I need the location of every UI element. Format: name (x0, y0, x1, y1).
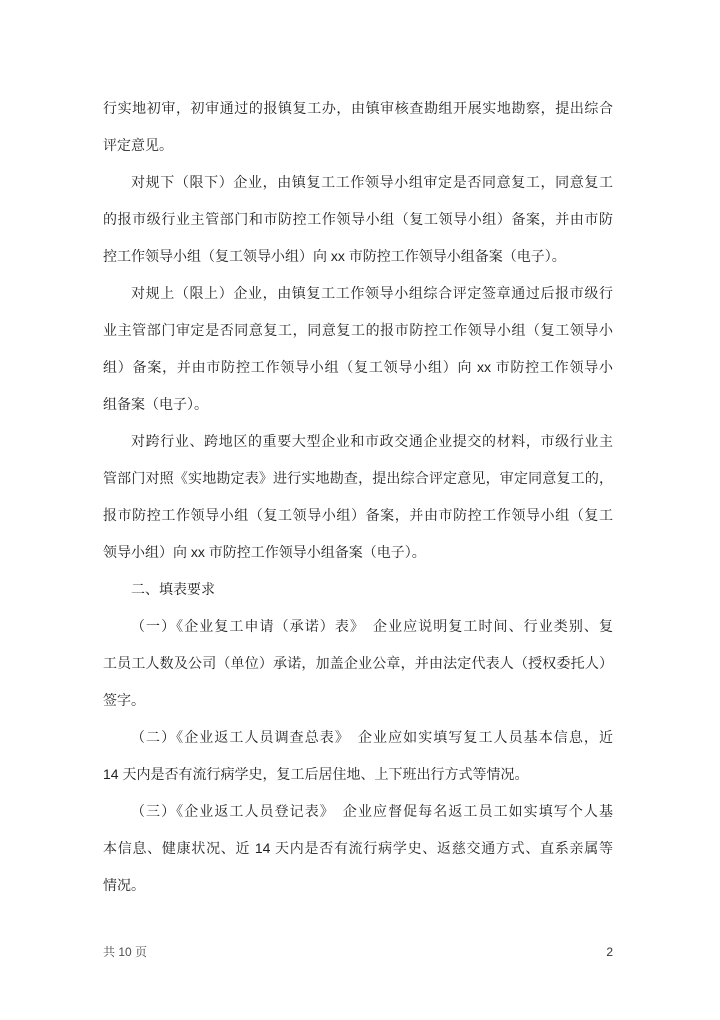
text-line: 二、填表要求 (103, 571, 613, 608)
text-line: 签字。 (103, 682, 613, 719)
footer-page-number: 2 (606, 940, 613, 964)
text-line: 14 天内是否有流行病学史，复工后居住地、上下班出行方式等情况。 (103, 756, 613, 793)
text-line: 报市防控工作领导小组（复工领导小组）备案，并由市防控工作领导小组（复工 (103, 497, 613, 534)
text-line: 对跨行业、跨地区的重要大型企业和市政交通企业提交的材料，市级行业主 (103, 423, 613, 460)
text-line: 对规上（限上）企业，由镇复工工作领导小组综合评定签章通过后报市级行 (103, 275, 613, 312)
text-line: 组备案（电子）。 (103, 386, 613, 423)
document-body: 行实地初审，初审通过的报镇复工办，由镇审核查勘组开展实地勘察，提出综合评定意见。… (103, 90, 613, 904)
text-line: 的报市级行业主管部门和市防控工作领导小组（复工领导小组）备案，并由市防 (103, 201, 613, 238)
page-footer: 共 10 页 2 (103, 940, 613, 964)
document-page: 行实地初审，初审通过的报镇复工办，由镇审核查勘组开展实地勘察，提出综合评定意见。… (0, 0, 720, 1020)
footer-total-pages: 共 10 页 (103, 940, 147, 964)
text-line: 情况。 (103, 867, 613, 904)
text-line: （二）《企业返工人员调查总表》 企业应如实填写复工人员基本信息，近 (103, 719, 613, 756)
text-line: （一）《企业复工申请（承诺）表》 企业应说明复工时间、行业类别、复 (103, 608, 613, 645)
text-line: 对规下（限下）企业，由镇复工工作领导小组审定是否同意复工，同意复工 (103, 164, 613, 201)
text-line: 行实地初审，初审通过的报镇复工办，由镇审核查勘组开展实地勘察，提出综合 (103, 90, 613, 127)
text-line: 评定意见。 (103, 127, 613, 164)
text-line: 业主管部门审定是否同意复工，同意复工的报市防控工作领导小组（复工领导小 (103, 312, 613, 349)
text-line: 组）备案，并由市防控工作领导小组（复工领导小组）向 xx 市防控工作领导小 (103, 349, 613, 386)
text-line: 工员工人数及公司（单位）承诺，加盖企业公章，并由法定代表人（授权委托人） (103, 645, 613, 682)
text-line: 管部门对照《实地勘定表》进行实地勘查，提出综合评定意见，审定同意复工的， (103, 460, 613, 497)
text-line: 控工作领导小组（复工领导小组）向 xx 市防控工作领导小组备案（电子）。 (103, 238, 613, 275)
text-line: 本信息、健康状况、近 14 天内是否有流行病学史、返慈交通方式、直系亲属等 (103, 830, 613, 867)
text-line: 领导小组）向 xx 市防控工作领导小组备案（电子）。 (103, 534, 613, 571)
text-line: （三）《企业返工人员登记表》 企业应督促每名返工员工如实填写个人基 (103, 793, 613, 830)
